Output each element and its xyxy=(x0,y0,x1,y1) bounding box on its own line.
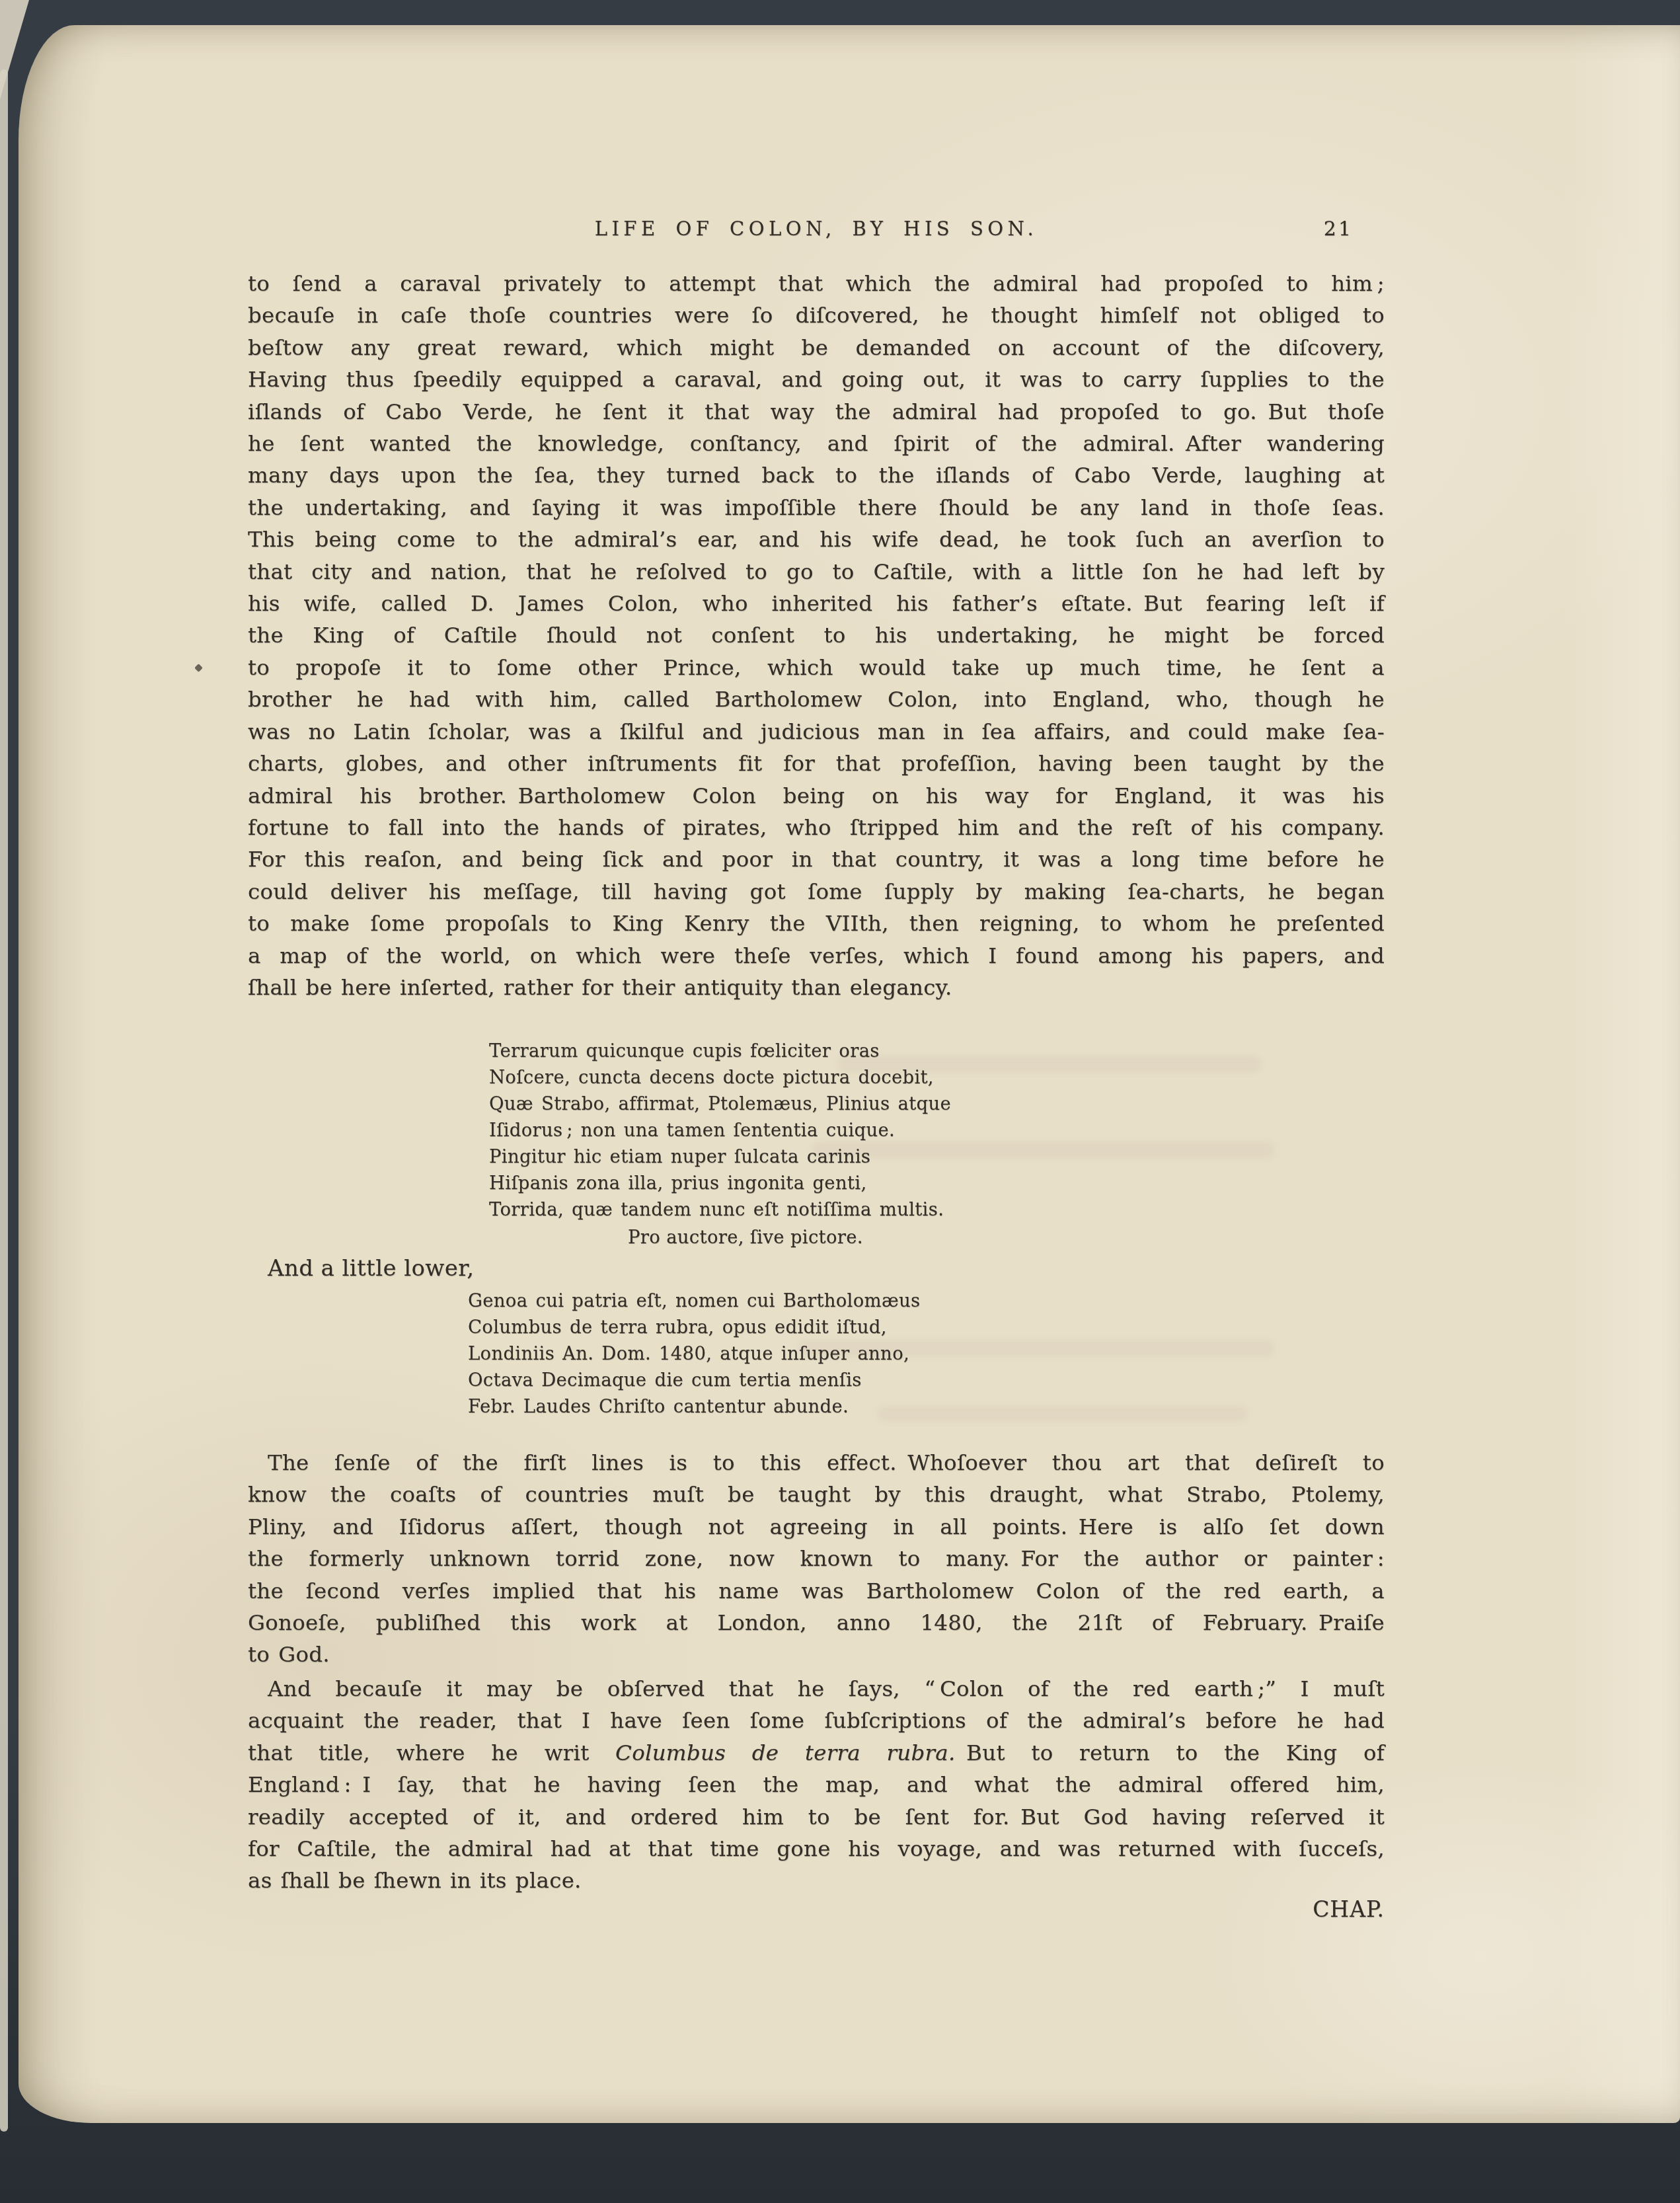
text-line: Octava Decimaque die cum tertia menſis xyxy=(468,1367,1385,1393)
text-line: know the coaſts of countries muſt be tau… xyxy=(248,1479,1385,1510)
text-line: acquaint the reader, that I have ſeen ſo… xyxy=(248,1705,1385,1736)
text-line: Columbus de terra rubra, opus edidit iſt… xyxy=(468,1314,1385,1340)
latin-verse-1: Terrarum quicunque cupis fœliciter orasN… xyxy=(248,1038,1385,1223)
text-line: that title, where he writ Columbus de te… xyxy=(248,1737,1385,1769)
text-column: LIFE OF COLON, BY HIS SON. 21 to ſend a … xyxy=(248,25,1385,2123)
text-line: to God. xyxy=(248,1639,1385,1670)
text-line: that city and nation, that he reſolved t… xyxy=(248,556,1385,588)
text-line: fortune to fall into the hands of pirate… xyxy=(248,812,1385,843)
text-line: This being come to the admiral’s ear, an… xyxy=(248,523,1385,555)
text-line: Londiniis An. Dom. 1480, atque inſuper a… xyxy=(468,1340,1385,1367)
text-line: brother he had with him, called Bartholo… xyxy=(248,683,1385,715)
text-line: For this reaſon, and being ſick and poor… xyxy=(248,843,1385,875)
paragraph-3: And becauſe it may be obſerved that he ſ… xyxy=(248,1673,1385,1897)
text-line: as ſhall be ſhewn in its place. xyxy=(248,1865,1385,1896)
text-line: his wife, called D. James Colon, who inh… xyxy=(248,588,1385,619)
text-line: to make ſome propoſals to King Kenry the… xyxy=(248,908,1385,939)
text-line: And becauſe it may be obſerved that he ſ… xyxy=(248,1673,1385,1705)
text-line: the formerly unknown torrid zone, now kn… xyxy=(248,1543,1385,1574)
text-line: for Caſtile, the admiral had at that tim… xyxy=(248,1833,1385,1865)
interlude-line: And a little lower, xyxy=(248,1253,1404,1284)
text-line: Pingitur hic etiam nuper ſulcata carinis xyxy=(489,1143,1385,1170)
catchword: CHAP. xyxy=(248,1894,1385,1925)
running-title: LIFE OF COLON, BY HIS SON. xyxy=(248,215,1385,242)
text-line: the King of Caſtile ſhould not conſent t… xyxy=(248,619,1385,651)
text-segment: that title, where he writ xyxy=(248,1740,615,1765)
text-line: Pliny, and Iſidorus aſſert, though not a… xyxy=(248,1511,1385,1543)
text-line: Febr. Laudes Chriſto cantentur abunde. xyxy=(468,1393,1385,1420)
text-line: iſlands of Cabo Verde, he ſent it that w… xyxy=(248,396,1385,428)
text-line: many days upon the ſea, they turned back… xyxy=(248,459,1385,491)
page-number: 21 xyxy=(1324,217,1353,241)
text-line: a map of the world, on which were theſe … xyxy=(248,940,1385,972)
text-line: was no Latin ſcholar, was a ſkilful and … xyxy=(248,716,1385,748)
text-line: readily accepted of it, and ordered him … xyxy=(248,1801,1385,1833)
text-line: ſhall be here inſerted, rather for their… xyxy=(248,972,1385,1003)
text-line: Torrida, quæ tandem nunc eſt notiſſima m… xyxy=(489,1196,1385,1223)
text-line: The ſenſe of the firſt lines is to this … xyxy=(248,1447,1385,1479)
text-line: Terrarum quicunque cupis fœliciter oras xyxy=(489,1038,1385,1064)
text-line: Quæ Strabo, affirmat, Ptolemæus, Plinius… xyxy=(489,1091,1385,1117)
text-line: Iſidorus ; non una tamen ſententia cuiqu… xyxy=(489,1117,1385,1143)
text-line: the undertaking, and ſaying it was impoſ… xyxy=(248,492,1385,523)
text-line: Noſcere, cuncta decens docte pictura doc… xyxy=(489,1064,1385,1091)
text-line: England : I ſay, that he having ſeen the… xyxy=(248,1769,1385,1800)
italic-text-segment: Columbus de terra rubra. xyxy=(615,1740,955,1765)
text-line: beſtow any great reward, which might be … xyxy=(248,332,1385,364)
text-line: he ſent wanted the knowledge, conſtancy,… xyxy=(248,428,1385,459)
text-line: admiral his brother. Bartholomew Colon b… xyxy=(248,780,1385,812)
book-page: LIFE OF COLON, BY HIS SON. 21 to ſend a … xyxy=(19,25,1680,2123)
text-line: becauſe in caſe thoſe countries were ſo … xyxy=(248,299,1385,331)
text-line: charts, globes, and other inſtruments fi… xyxy=(248,748,1385,779)
scanner-background: LIFE OF COLON, BY HIS SON. 21 to ſend a … xyxy=(0,0,1680,2203)
page-header: LIFE OF COLON, BY HIS SON. 21 xyxy=(248,215,1385,245)
ink-speck xyxy=(194,664,203,672)
text-line: the ſecond verſes implied that his name … xyxy=(248,1575,1385,1607)
text-line: Gonoeſe, publiſhed this work at London, … xyxy=(248,1607,1385,1639)
verse-attribution: Pro auctore, ſive pictore. xyxy=(248,1224,1385,1251)
text-segment: But to return to the King of xyxy=(956,1740,1385,1765)
book-page-edges xyxy=(0,69,8,2132)
paragraph-2: The ſenſe of the firſt lines is to this … xyxy=(248,1447,1385,1671)
text-line: could deliver his meſſage, till having g… xyxy=(248,876,1385,908)
text-line: Hiſpanis zona illa, prius ingonita genti… xyxy=(489,1170,1385,1196)
text-line: Having thus ſpeedily equipped a caraval,… xyxy=(248,364,1385,395)
text-line: to propoſe it to ſome other Prince, whic… xyxy=(248,652,1385,683)
text-line: Genoa cui patria eſt, nomen cui Bartholo… xyxy=(468,1288,1385,1314)
paragraph-1: to ſend a caraval privately to attempt t… xyxy=(248,268,1385,1003)
latin-verse-2: Genoa cui patria eſt, nomen cui Bartholo… xyxy=(248,1288,1385,1420)
text-line: to ſend a caraval privately to attempt t… xyxy=(248,268,1385,299)
